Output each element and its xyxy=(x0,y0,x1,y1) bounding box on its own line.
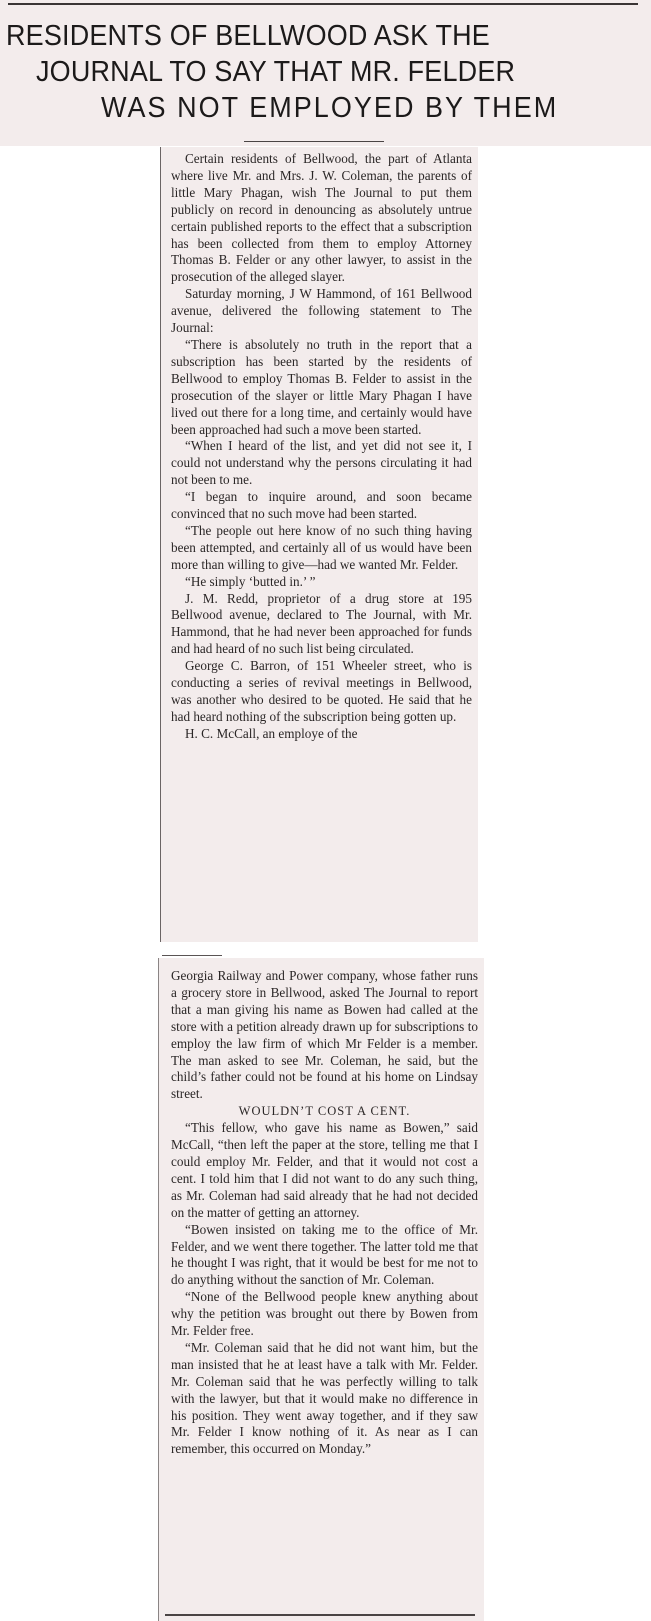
article-column-2: Georgia Railway and Power company, whose… xyxy=(158,958,484,1621)
paragraph: “Bowen insisted on taking me to the offi… xyxy=(171,1222,478,1290)
paragraph: “This fellow, who gave his name as Bowen… xyxy=(171,1120,478,1221)
paragraph: “When I heard of the list, and yet did n… xyxy=(171,438,472,489)
bottom-rule xyxy=(165,1614,475,1616)
headline-line-2: JOURNAL TO SAY THAT MR. FELDER xyxy=(36,56,515,88)
paragraph: Saturday morning, J W Hammond, of 161 Be… xyxy=(171,286,472,337)
headline-divider xyxy=(244,141,384,142)
paragraph: H. C. McCall, an employe of the xyxy=(171,726,472,743)
headline-line-1: RESIDENTS OF BELLWOOD ASK THE xyxy=(6,20,490,52)
column-break-rule xyxy=(162,955,222,956)
paragraph-continued: Georgia Railway and Power company, whose… xyxy=(171,968,478,1103)
paragraph: “There is absolutely no truth in the rep… xyxy=(171,337,472,438)
paragraph: Certain residents of Bellwood, the part … xyxy=(171,151,472,286)
headline-block: RESIDENTS OF BELLWOOD ASK THE JOURNAL TO… xyxy=(0,0,651,146)
headline-line-3: WAS NOT EMPLOYED BY THEM xyxy=(101,92,558,124)
top-rule xyxy=(8,3,638,5)
paragraph: George C. Barron, of 151 Wheeler street,… xyxy=(171,658,472,726)
paragraph: “I began to inquire around, and soon bec… xyxy=(171,489,472,523)
article-column-1: Certain residents of Bellwood, the part … xyxy=(160,147,478,942)
subheading: WOULDN’T COST A CENT. xyxy=(171,1103,478,1120)
paragraph: “None of the Bellwood people knew anythi… xyxy=(171,1289,478,1340)
paragraph: “He simply ‘butted in.’ ” xyxy=(171,574,472,591)
paragraph: J. M. Redd, proprietor of a drug store a… xyxy=(171,591,472,659)
paragraph: “The people out here know of no such thi… xyxy=(171,523,472,574)
paragraph: “Mr. Coleman said that he did not want h… xyxy=(171,1340,478,1458)
